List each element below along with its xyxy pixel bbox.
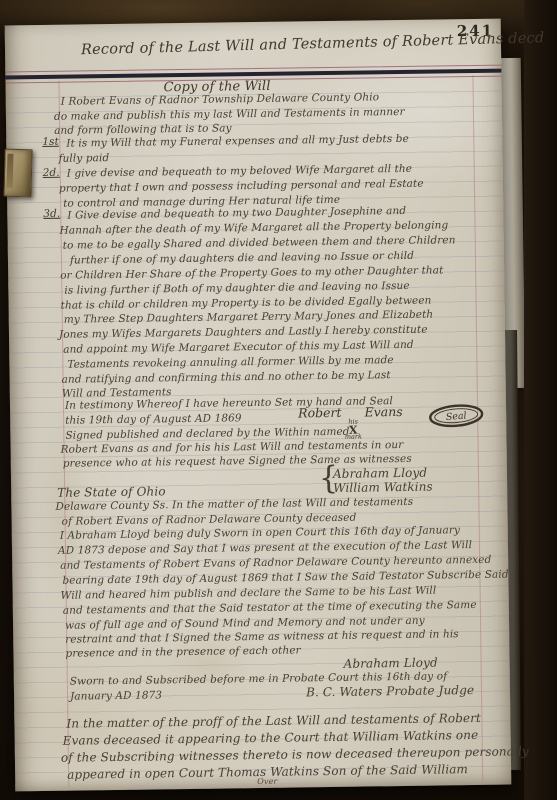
judge-signature: B. C. Waters Probate Judge [306,683,474,699]
seal-label: Seal [445,410,467,423]
witness-signature: William Watkins [333,480,433,495]
book-scene: 241 Record of the Last Will and Testamen… [0,0,557,800]
signature-first-name: Robert [298,405,342,421]
will-line: fully paid [58,152,109,165]
probate-state-line: The State of Ohio [57,484,166,500]
date-line: this 19th day of August AD 1869 [65,412,242,426]
over-note: Over [257,777,277,786]
ledger-page: 241 Record of the Last Will and Testamen… [5,19,512,792]
item-2-label: 2d. [43,167,60,179]
item-3-label: 3d. [43,208,60,220]
header-title: Record of the Last Will and Testaments o… [81,30,545,58]
deponent-signature: Abraham Lloyd [344,656,438,671]
sworn-line: January AD 1873 [70,689,162,702]
will-intro-line: and form following that is to Say [54,122,232,136]
book-cover-edge [524,0,557,800]
seal-icon: Seal [427,402,485,430]
bookmark-tab [3,149,32,198]
witness-signature: Abraham Lloyd [333,466,427,481]
item-1-label: 1st [42,136,59,148]
signature-last-name: Evans [364,404,402,420]
